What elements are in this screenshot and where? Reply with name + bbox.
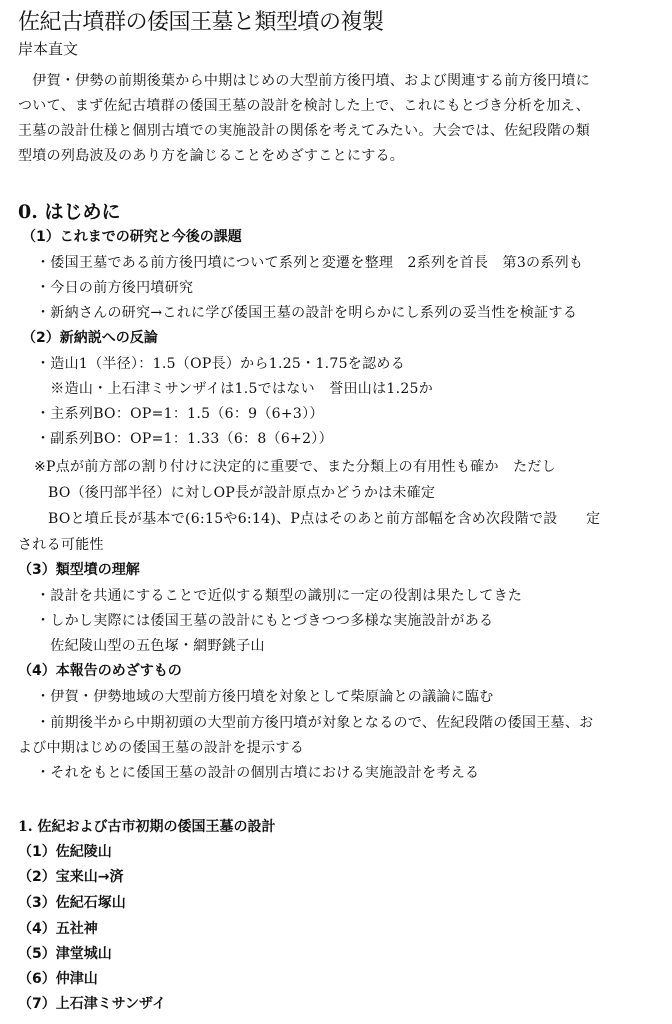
note-line: ※P点が前方部の割り付けに決定的に重要で、また分類上の有用性も確か ただし xyxy=(34,458,556,476)
abstract-line: 伊賀・伊勢の前期後葉から中期はじめの大型前方後円墳、および関連する前方後円墳に xyxy=(18,72,590,90)
note-line: される可能性 xyxy=(18,536,104,554)
subsection-heading: （1）佐紀陵山 xyxy=(18,843,112,861)
note-line: BOと墳丘長が基本で(6:15や6:14)、P点はそのあと前方部幅を含め次段階で… xyxy=(48,510,600,528)
subsection-heading: （4）本報告のめざすもの xyxy=(18,662,182,680)
abstract-line: 型墳の列島波及のあり方を論じることをめざすことにする。 xyxy=(18,147,404,165)
subsection-heading: （1）これまでの研究と今後の課題 xyxy=(22,228,242,246)
list-item: ・しかし実際には倭国王墓の設計にもとづきつつ多様な実施設計がある xyxy=(36,612,493,630)
list-item: ・倭国王墓である前方後円墳について系列と変遷を整理 2系列を首長 第3の系列も xyxy=(36,254,583,272)
list-item: ・それをもとに倭国王墓の設計の個別古墳における実施設計を考える xyxy=(36,764,479,782)
list-item: ・前期後半から中期初頭の大型前方後円墳が対象となるので、佐紀段階の倭国王墓、お xyxy=(36,714,593,732)
list-item: ・主系列BO：OP=1：1.5（6：9（6+3）） xyxy=(36,405,324,423)
list-item: ・伊賀・伊勢地域の大型前方後円墳を対象として柴原論との議論に臨む xyxy=(36,688,494,706)
list-item: ・今日の前方後円墳研究 xyxy=(36,279,193,297)
section-heading: 1. 佐紀および古市初期の倭国王墓の設計 xyxy=(18,818,276,836)
subsection-heading: （4）五社神 xyxy=(18,920,98,938)
list-item: よび中期はじめの倭国王墓の設計を提示する xyxy=(18,739,304,757)
list-item: ※造山・上石津ミサンザイは1.5ではない 誉田山は1.25か xyxy=(36,380,433,398)
page-title: 佐紀古墳群の倭国王墓と類型墳の複製 xyxy=(18,8,384,38)
list-item: ・造山1（半径）：1.5（OP長）から1.25・1.75を認める xyxy=(36,355,405,373)
abstract-line: ついて、まず佐紀古墳群の倭国王墓の設計を検討した上で、これにもとづき分析を加え、 xyxy=(18,97,590,115)
list-item: ・設計を共通にすることで近似する類型の識別に一定の役割は果たしてきた xyxy=(36,587,522,605)
subsection-heading: （3）佐紀石塚山 xyxy=(18,894,126,912)
list-item: 佐紀陵山型の五色塚・網野銚子山 xyxy=(36,637,265,655)
list-item: ・新納さんの研究→これに学び倭国王墓の設計を明らかにし系列の妥当性を検証する xyxy=(36,304,577,322)
abstract-line: 王墓の設計仕様と個別古墳での実施設計の関係を考えてみたい。大会では、佐紀段階の類 xyxy=(18,122,590,140)
subsection-heading: （7）上石津ミサンザイ xyxy=(18,995,166,1013)
subsection-heading: （5）津堂城山 xyxy=(18,945,112,963)
note-line: BO（後円部半径）に対しOP長が設計原点かどうかは未確定 xyxy=(48,484,435,502)
subsection-heading: （3）類型墳の理解 xyxy=(18,561,140,579)
subsection-heading: （2）新納説への反論 xyxy=(22,329,158,347)
subsection-heading: （6）仲津山 xyxy=(18,970,98,988)
list-item: ・副系列BO：OP=1：1.33（6：8（6+2）） xyxy=(36,430,333,448)
author-name: 岸本直文 xyxy=(18,40,78,58)
subsection-heading: （2）宝来山→済 xyxy=(18,868,123,886)
section-heading: 0. はじめに xyxy=(18,200,120,224)
